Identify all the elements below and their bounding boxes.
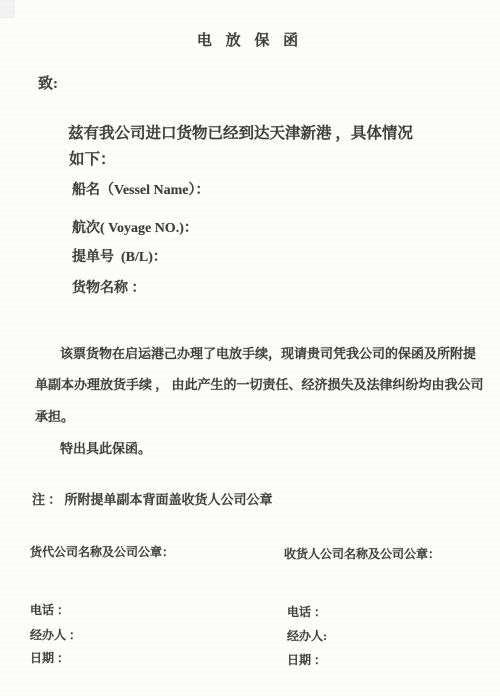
consignee-company-header: 收货人公司名称及公司公章： [284, 545, 440, 562]
intro-paragraph-line-2: 如下： [69, 147, 116, 169]
forwarder-handler-label: 经办人 ： [30, 626, 81, 643]
salutation-to-label: 致: [38, 72, 58, 93]
scan-corner-artifact [0, 0, 15, 18]
forwarder-phone-label: 电话 ： [30, 601, 69, 618]
closing-statement: 特出具此保函。 [60, 438, 151, 457]
field-vessel-name-label: 船名（Vessel Name）： [72, 179, 210, 199]
forwarder-date-label: 日期 ： [30, 649, 69, 666]
body-paragraph-line-3: 承担。 [35, 406, 74, 425]
document-title: 电 放 保 函 [0, 29, 500, 50]
field-cargo-name-label: 货物名称 ： [72, 277, 146, 297]
consignee-phone-label: 电话 ： [287, 603, 326, 620]
forwarder-company-header: 货代公司名称及公司公章： [30, 543, 174, 560]
body-paragraph-line-2: 单副本办理放货手续 ， 由此产生的一切责任、经济损失及法律纠纷均由我公司 [35, 374, 484, 393]
body-paragraph-line-1: 该票货物在启运港己办理了电放手续，现请贵司凭我公司的保函及所附提 [60, 343, 476, 362]
consignee-date-label: 日期 ： [287, 651, 326, 668]
intro-paragraph-line-1: 兹有我公司进口货物已经到达天津新港 ，具体情况 [68, 121, 413, 143]
field-bl-number-label: 提单号 (B/L)： [72, 246, 167, 266]
note-stamp-instruction: 注 ： 所附提单副本背面盖收货人公司公章 [32, 489, 273, 508]
field-voyage-no-label: 航次( Voyage NO.)： [72, 217, 198, 237]
consignee-handler-label: 经办人: [287, 627, 327, 644]
telex-release-guarantee-letter: 电 放 保 函 致: 兹有我公司进口货物已经到达天津新港 ，具体情况 如下： 船… [0, 0, 500, 696]
